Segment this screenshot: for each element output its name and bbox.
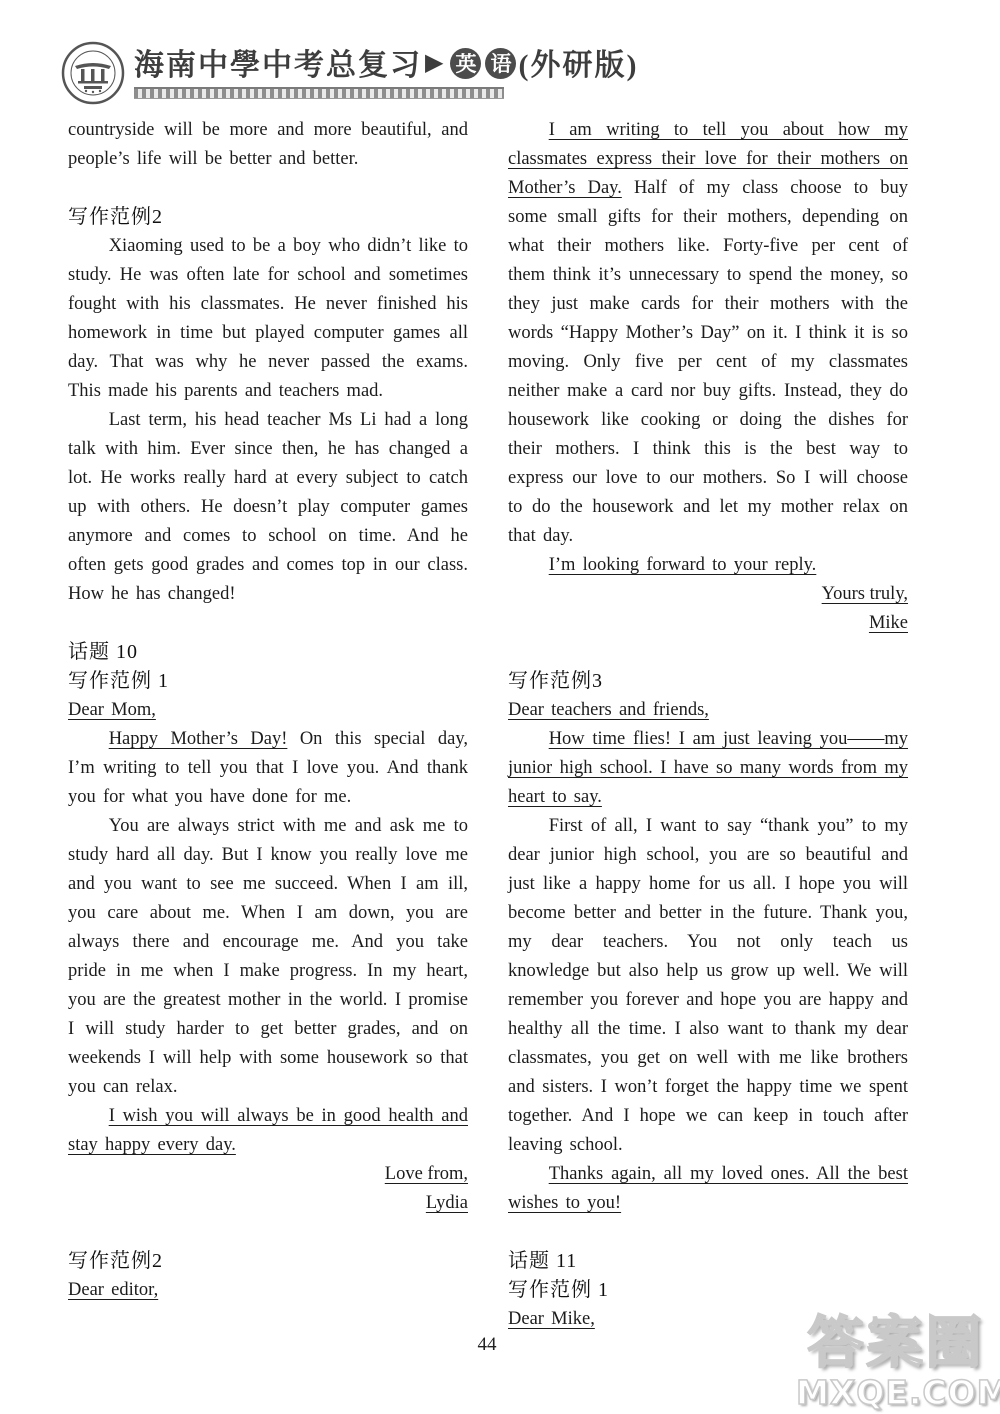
- signature-line: Mike: [508, 609, 908, 638]
- watermark-logo-text: 答案圈: [796, 1316, 996, 1372]
- signature-text: Love from,: [385, 1164, 468, 1184]
- section-heading: 写作范例2: [68, 1247, 468, 1276]
- subject-badges: 英语: [448, 45, 518, 79]
- page-header: 海南中學中考总复习 ▶ 英语 (外研版): [60, 40, 638, 111]
- paragraph: Dear teachers and friends,: [508, 696, 908, 725]
- signature-line: Yours truly,: [508, 580, 908, 609]
- paragraph: How time flies! I am just leaving you——m…: [508, 725, 908, 812]
- paragraph: I am writing to tell you about how my cl…: [508, 116, 908, 551]
- paragraph: Thanks again, all my loved ones. All the…: [508, 1160, 908, 1218]
- subject-badge: 英: [450, 48, 481, 79]
- paragraph: I’m looking forward to your reply.: [508, 551, 908, 580]
- paragraph: You are always strict with me and ask me…: [68, 812, 468, 1102]
- header-title-block: 海南中學中考总复习 ▶ 英语 (外研版): [134, 40, 638, 99]
- underlined-text: Dear Mom,: [68, 700, 156, 720]
- section-heading: 话题 11: [508, 1247, 908, 1276]
- paragraph: Dear editor,: [68, 1276, 468, 1305]
- signature-text: Mike: [869, 613, 908, 633]
- section-heading: 写作范例 1: [508, 1276, 908, 1305]
- watermark-site-text: MXQE.COM: [796, 1376, 996, 1409]
- right-column: I am writing to tell you about how my cl…: [508, 116, 908, 1334]
- paragraph: countryside will be more and more beauti…: [68, 116, 468, 174]
- body-text: Xiaoming used to be a boy who didn’t lik…: [68, 236, 468, 401]
- paragraph: Happy Mother’s Day! On this special day,…: [68, 725, 468, 812]
- school-seal-icon: [60, 40, 126, 111]
- section-heading: 写作范例3: [508, 667, 908, 696]
- underlined-text: Dear Mike,: [508, 1309, 595, 1329]
- signature-text: Lydia: [426, 1193, 468, 1213]
- paragraph: Xiaoming used to be a boy who didn’t lik…: [68, 232, 468, 406]
- underlined-text: Dear editor,: [68, 1280, 158, 1300]
- arrow-icon: ▶: [425, 48, 445, 76]
- signature-line: Lydia: [68, 1189, 468, 1218]
- content-columns: countryside will be more and more beauti…: [68, 116, 908, 1334]
- body-text: Last term, his head teacher Ms Li had a …: [68, 410, 468, 604]
- watermark: 答案圈 MXQE.COM: [796, 1316, 996, 1409]
- title-suffix: (外研版): [518, 40, 638, 84]
- underlined-text: Dear teachers and friends,: [508, 700, 709, 720]
- paragraph: First of all, I want to say “thank you” …: [508, 812, 908, 1160]
- subject-badge: 语: [485, 48, 516, 79]
- body-text: First of all, I want to say “thank you” …: [508, 816, 908, 1155]
- section-heading: 写作范例 1: [68, 667, 468, 696]
- underlined-text: Happy Mother’s Day!: [109, 729, 288, 749]
- body-text: You are always strict with me and ask me…: [68, 816, 468, 1097]
- paragraph: Last term, his head teacher Ms Li had a …: [68, 406, 468, 609]
- page: { "header": { "title_prefix": "海南中學中考总复习…: [0, 0, 1000, 1414]
- section-heading: 写作范例2: [68, 203, 468, 232]
- title-prefix: 海南中學中考总复习: [134, 40, 422, 84]
- signature-line: Love from,: [68, 1160, 468, 1189]
- paragraph: I wish you will always be in good health…: [68, 1102, 468, 1160]
- body-text: Half of my class choose to buy some smal…: [508, 178, 908, 546]
- signature-text: Yours truly,: [822, 584, 908, 604]
- decorative-border: [134, 87, 504, 99]
- underlined-text: I’m looking forward to your reply.: [549, 555, 817, 575]
- underlined-text: Thanks again, all my loved ones. All the…: [508, 1164, 908, 1213]
- page-title: 海南中學中考总复习 ▶ 英语 (外研版): [134, 40, 638, 84]
- section-heading: 话题 10: [68, 638, 468, 667]
- paragraph: Dear Mom,: [68, 696, 468, 725]
- left-column: countryside will be more and more beauti…: [68, 116, 468, 1334]
- body-text: countryside will be more and more beauti…: [68, 120, 468, 169]
- underlined-text: I wish you will always be in good health…: [68, 1106, 468, 1155]
- underlined-text: How time flies! I am just leaving you——m…: [508, 729, 908, 807]
